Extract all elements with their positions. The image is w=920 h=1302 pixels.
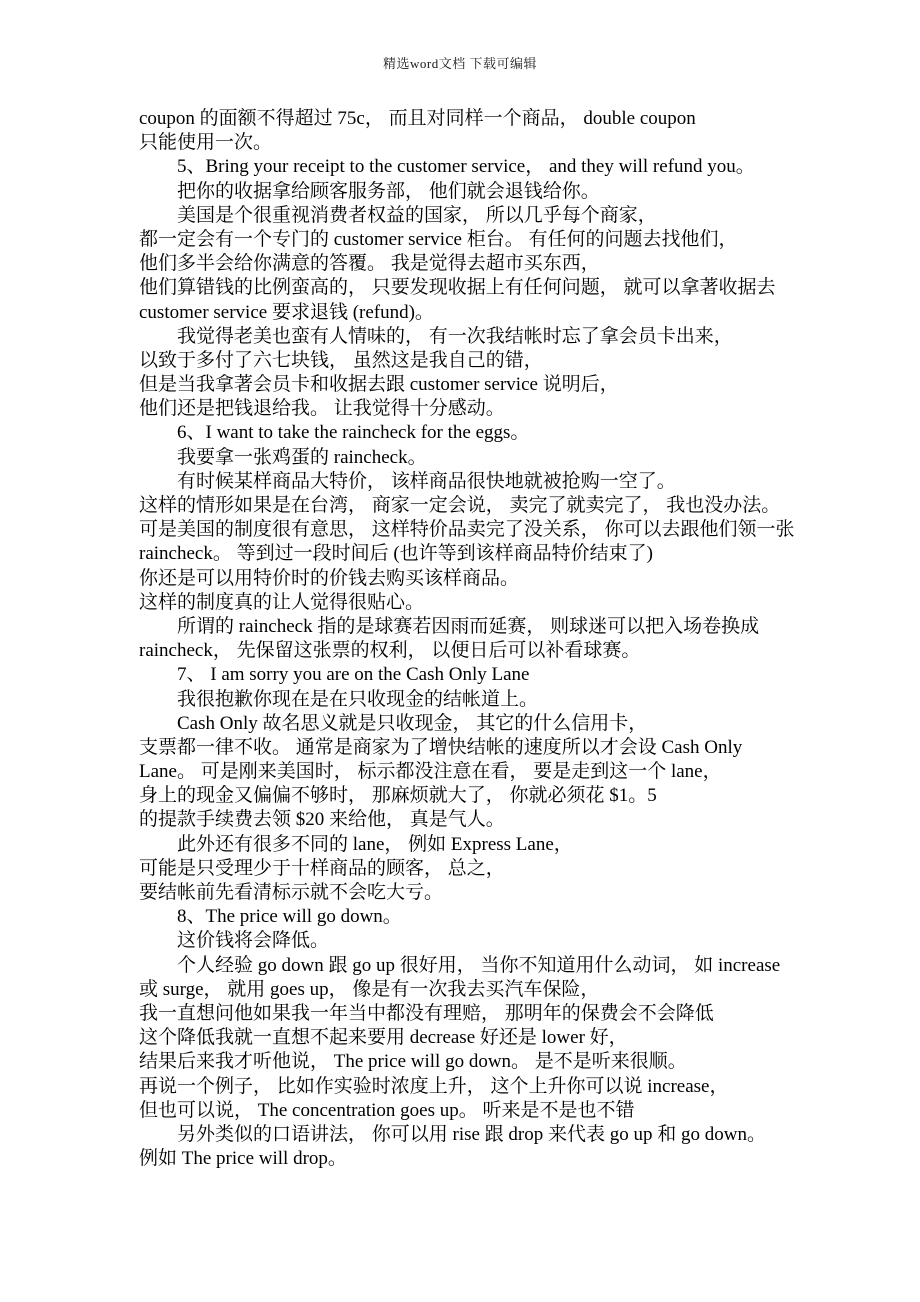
document-line: 例如 The price will drop。 <box>139 1147 829 1171</box>
document-line: 你还是可以用特价时的价钱去购买该样商品。 <box>139 567 829 591</box>
document-line: 可能是只受理少于十样商品的顾客， 总之， <box>139 857 829 881</box>
document-line: 我要拿一张鸡蛋的 raincheck。 <box>139 446 829 470</box>
document-line: 我很抱歉你现在是在只收现金的结帐道上。 <box>139 688 829 712</box>
document-line: 可是美国的制度很有意思， 这样特价品卖完了没关系， 你可以去跟他们领一张 <box>139 518 829 542</box>
document-line: 我一直想问他如果我一年当中都没有理赔， 那明年的保费会不会降低 <box>139 1002 829 1026</box>
document-line: 他们算错钱的比例蛮高的， 只要发现收据上有任何问题， 就可以拿著收据去 <box>139 276 829 300</box>
document-line: 个人经验 go down 跟 go up 很好用， 当你不知道用什么动词， 如 … <box>139 954 829 978</box>
document-line: 这价钱将会降低。 <box>139 929 829 953</box>
document-line: 此外还有很多不同的 lane， 例如 Express Lane， <box>139 833 829 857</box>
document-line: customer service 要求退钱 (refund)。 <box>139 301 829 325</box>
document-line: 另外类似的口语讲法， 你可以用 rise 跟 drop 来代表 go up 和 … <box>139 1123 829 1147</box>
document-line: 再说一个例子， 比如作实验时浓度上升， 这个上升你可以说 increase， <box>139 1075 829 1099</box>
document-line: 5、Bring your receipt to the customer ser… <box>139 155 829 179</box>
document-line: 的提款手续费去领 $20 来给他， 真是气人。 <box>139 808 829 832</box>
document-line: 8、The price will go down。 <box>139 905 829 929</box>
document-line: 7、 I am sorry you are on the Cash Only L… <box>139 663 829 687</box>
document-page: 精选word文档 下载可编辑 coupon 的面额不得超过 75c， 而且对同样… <box>0 0 920 1302</box>
document-line: 他们多半会给你满意的答覆。 我是觉得去超市买东西， <box>139 252 829 276</box>
document-line: 以致于多付了六七块钱， 虽然这是我自己的错， <box>139 349 829 373</box>
document-line: 只能使用一次。 <box>139 131 829 155</box>
document-line: 所谓的 raincheck 指的是球赛若因雨而延赛， 则球迷可以把入场卷换成 <box>139 615 829 639</box>
document-line: 美国是个很重视消费者权益的国家， 所以几乎每个商家， <box>139 204 829 228</box>
document-line: 支票都一律不收。 通常是商家为了增快结帐的速度所以才会设 Cash Only <box>139 736 829 760</box>
document-line: 或 surge， 就用 goes up， 像是有一次我去买汽车保险， <box>139 978 829 1002</box>
document-line: 都一定会有一个专门的 customer service 柜台。 有任何的问题去找… <box>139 228 829 252</box>
document-line: 结果后来我才听他说， The price will go down。 是不是听来… <box>139 1050 829 1074</box>
document-line: raincheck。 等到过一段时间后 (也许等到该样商品特价结束了) <box>139 542 829 566</box>
document-line: raincheck， 先保留这张票的权利， 以便日后可以补看球赛。 <box>139 639 829 663</box>
document-line: 要结帐前先看清标示就不会吃大亏。 <box>139 881 829 905</box>
document-line: Cash Only 故名思义就是只收现金， 其它的什么信用卡， <box>139 712 829 736</box>
document-line: 这个降低我就一直想不起来要用 decrease 好还是 lower 好， <box>139 1026 829 1050</box>
document-line: coupon 的面额不得超过 75c， 而且对同样一个商品， double co… <box>139 107 829 131</box>
document-line: 但是当我拿著会员卡和收据去跟 customer service 说明后， <box>139 373 829 397</box>
document-line: Lane。 可是刚来美国时， 标示都没注意在看， 要是走到这一个 lane， <box>139 760 829 784</box>
document-line: 我觉得老美也蛮有人情味的， 有一次我结帐时忘了拿会员卡出来， <box>139 325 829 349</box>
document-line: 他们还是把钱退给我。 让我觉得十分感动。 <box>139 397 829 421</box>
document-line: 这样的制度真的让人觉得很贴心。 <box>139 591 829 615</box>
document-line: 6、I want to take the raincheck for the e… <box>139 421 829 445</box>
document-line: 但也可以说， The concentration goes up。 听来是不是也… <box>139 1099 829 1123</box>
document-line: 这样的情形如果是在台湾， 商家一定会说， 卖完了就卖完了， 我也没办法。 <box>139 494 829 518</box>
document-line: 身上的现金又偏偏不够时， 那麻烦就大了， 你就必须花 $1。5 <box>139 784 829 808</box>
document-line: 有时候某样商品大特价， 该样商品很快地就被抢购一空了。 <box>139 470 829 494</box>
document-line: 把你的收据拿给顾客服务部， 他们就会退钱给你。 <box>139 180 829 204</box>
document-body: coupon 的面额不得超过 75c， 而且对同样一个商品， double co… <box>139 107 829 1171</box>
header-watermark: 精选word文档 下载可编辑 <box>0 53 920 72</box>
